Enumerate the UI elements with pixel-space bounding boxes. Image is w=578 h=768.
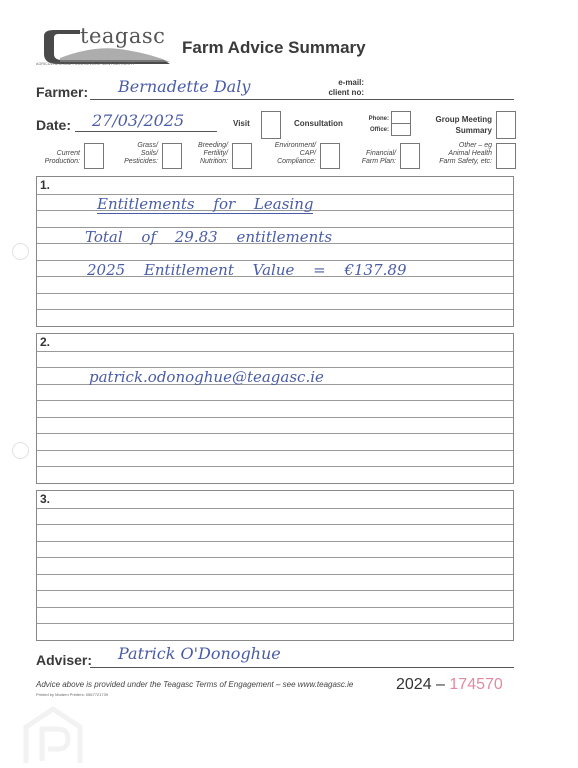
- category-label: Financial/Farm Plan:: [340, 142, 396, 166]
- office-label: Office:: [355, 126, 389, 135]
- visit-checkbox[interactable]: [261, 111, 281, 139]
- ruled-line: [37, 309, 513, 310]
- category-label-line: [340, 142, 396, 150]
- visit-label: Visit: [233, 119, 250, 128]
- section-number: 3.: [40, 492, 50, 506]
- farmer-underline: [90, 99, 290, 100]
- group-meeting-checkbox[interactable]: [496, 111, 516, 139]
- ruled-line: [37, 508, 513, 509]
- ruled-line: [37, 607, 513, 608]
- email-label: e-mail:: [300, 78, 364, 87]
- category-label-line: Compliance:: [258, 158, 316, 166]
- punch-hole: [12, 442, 29, 459]
- consultation-label: Consultation: [294, 119, 343, 128]
- page-title: Farm Advice Summary: [182, 38, 366, 58]
- category-label-line: Soils/: [110, 150, 158, 158]
- adviser-label: Adviser:: [36, 652, 92, 668]
- property-watermark-icon: [18, 705, 88, 765]
- advice-section-1: 1.Entitlements for LeasingTotal of 29.83…: [36, 176, 514, 327]
- category-checkbox[interactable]: [232, 143, 252, 169]
- ruled-line: [37, 433, 513, 434]
- date-underline: [75, 131, 217, 132]
- group-meeting-summary-label: Summary: [420, 126, 492, 135]
- farmer-label: Farmer:: [36, 84, 88, 100]
- ruled-line: [37, 417, 513, 418]
- category-checkbox[interactable]: [496, 143, 516, 169]
- ruled-line: [37, 541, 513, 542]
- punch-hole: [12, 243, 29, 260]
- category-label-line: Breeding/: [180, 142, 228, 150]
- client-no-field[interactable]: [366, 88, 514, 98]
- logo-subtitle: Agriculture and Food Development Authori…: [36, 62, 176, 66]
- adviser-underline: [90, 667, 514, 668]
- category-label-line: [36, 142, 80, 150]
- serial-id: 174570: [449, 676, 502, 693]
- category-checkbox[interactable]: [162, 143, 182, 169]
- handwritten-note[interactable]: 2025 Entitlement Value = €137.89: [87, 261, 407, 279]
- category-label: Other – egAnimal HealthFarm Safety, etc:: [416, 142, 492, 166]
- ruled-line: [37, 590, 513, 591]
- date-field[interactable]: 27/03/2025: [92, 111, 184, 130]
- advice-section-3: 3.: [36, 490, 514, 641]
- printer-note: Printed by Modern Printers: 0567721739: [36, 692, 108, 697]
- category-label-line: Farm Safety, etc:: [416, 158, 492, 166]
- adviser-field[interactable]: Patrick O'Donoghue: [118, 644, 281, 663]
- category-label: Grass/Soils/Pesticides:: [110, 142, 158, 166]
- handwritten-note[interactable]: Total of 29.83 entitlements: [85, 228, 332, 246]
- logo-wordmark: Teagasc: [80, 24, 165, 48]
- section-number: 2.: [40, 335, 50, 349]
- category-label-line: Animal Health: [416, 150, 492, 158]
- category-label-line: Fertility/: [180, 150, 228, 158]
- ruled-line: [37, 623, 513, 624]
- category-checkbox[interactable]: [84, 143, 104, 169]
- ruled-line: [37, 466, 513, 467]
- ruled-line: [37, 524, 513, 525]
- category-checkbox[interactable]: [320, 143, 340, 169]
- ruled-line: [37, 557, 513, 558]
- category-label: CurrentProduction:: [36, 142, 80, 166]
- advice-section-2: 2.patrick.odonoghue@teagasc.ie: [36, 333, 514, 484]
- handwritten-note[interactable]: Entitlements for Leasing: [97, 195, 313, 214]
- category-label-line: CAP/: [258, 150, 316, 158]
- email-field[interactable]: [366, 78, 514, 88]
- ruled-line: [37, 351, 513, 352]
- ruled-line: [37, 574, 513, 575]
- serial-year: 2024 –: [396, 676, 445, 693]
- group-meeting-label: Group Meeting: [420, 115, 492, 124]
- phone-label: Phone:: [355, 115, 389, 124]
- category-label-line: Nutrition:: [180, 158, 228, 166]
- handwritten-note[interactable]: patrick.odonoghue@teagasc.ie: [89, 368, 324, 386]
- section-number: 1.: [40, 178, 50, 192]
- category-label-line: Pesticides:: [110, 158, 158, 166]
- category-label-line: Financial/: [340, 150, 396, 158]
- ruled-line: [37, 400, 513, 401]
- category-label-line: Production:: [36, 158, 80, 166]
- ruled-line: [37, 450, 513, 451]
- category-label-line: Current: [36, 150, 80, 158]
- date-label: Date:: [36, 117, 71, 133]
- serial-number: 2024 – 174570: [396, 676, 503, 694]
- client-no-label: client no:: [300, 88, 364, 97]
- category-label-line: Farm Plan:: [340, 158, 396, 166]
- terms-note: Advice above is provided under the Teaga…: [36, 680, 353, 689]
- category-label: Breeding/Fertility/Nutrition:: [180, 142, 228, 166]
- category-label: Environment/CAP/Compliance:: [258, 142, 316, 166]
- category-label-line: Environment/: [258, 142, 316, 150]
- farmer-field[interactable]: Bernadette Daly: [118, 77, 250, 96]
- office-checkbox[interactable]: [391, 123, 411, 136]
- client-no-underline: [290, 99, 514, 100]
- category-label-line: Other – eg: [416, 142, 492, 150]
- category-label-line: Grass/: [110, 142, 158, 150]
- ruled-line: [37, 293, 513, 294]
